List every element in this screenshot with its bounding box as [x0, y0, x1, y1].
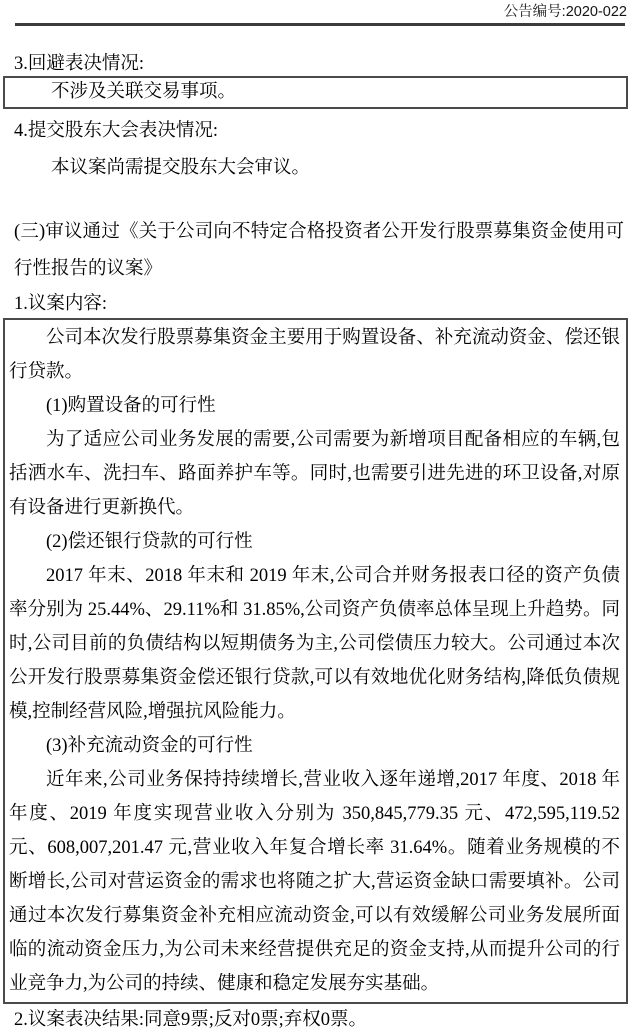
content-paragraph: 为了适应公司业务发展的需要,公司需要为新增项目配备相应的车辆,包括洒水车、洗扫车…	[9, 423, 620, 525]
section-4-shareholder-meeting-label: 4.提交股东大会表决情况:	[14, 117, 624, 145]
abstention-box: 不涉及关联交易事项。	[3, 76, 628, 109]
content-paragraph: 近年来,公司业务保持持续增长,营业收入逐年递增,2017 年度、2018 年年度…	[9, 763, 620, 1001]
section-4-content: 本议案尚需提交股东大会审议。	[14, 154, 624, 182]
proposal-content-label: 1.议案内容:	[14, 290, 624, 318]
content-subheading-3: (3)补充流动资金的可行性	[9, 729, 620, 763]
vote-result: 2.议案表决结果:同意9票;反对0票;弃权0票。	[14, 1005, 624, 1034]
content-paragraph: 2017 年末、2018 年末和 2019 年末,公司合并财务报表口径的资产负债…	[9, 559, 620, 729]
proposal-3-heading: (三)审议通过《关于公司向不特定合格投资者公开发行股票募集资金使用可行性报告的议…	[14, 214, 624, 288]
content-paragraph: 公司本次发行股票募集资金主要用于购置设备、补充流动资金、偿还银行贷款。	[9, 321, 620, 389]
content-subheading-1: (1)购置设备的可行性	[9, 389, 620, 423]
header-rule-divider	[15, 23, 625, 26]
proposal-content-box: 公司本次发行股票募集资金主要用于购置设备、补充流动资金、偿还银行贷款。 (1)购…	[3, 318, 628, 1004]
document-page: 公告编号:2020-022 3.回避表决情况: 不涉及关联交易事项。 4.提交股…	[0, 0, 633, 1034]
abstention-box-text: 不涉及关联交易事项。	[5, 78, 626, 107]
section-3-abstention-label: 3.回避表决情况:	[14, 50, 624, 78]
content-subheading-2: (2)偿还银行贷款的可行性	[9, 525, 620, 559]
announcement-number: 公告编号:2020-022	[3, 3, 628, 21]
